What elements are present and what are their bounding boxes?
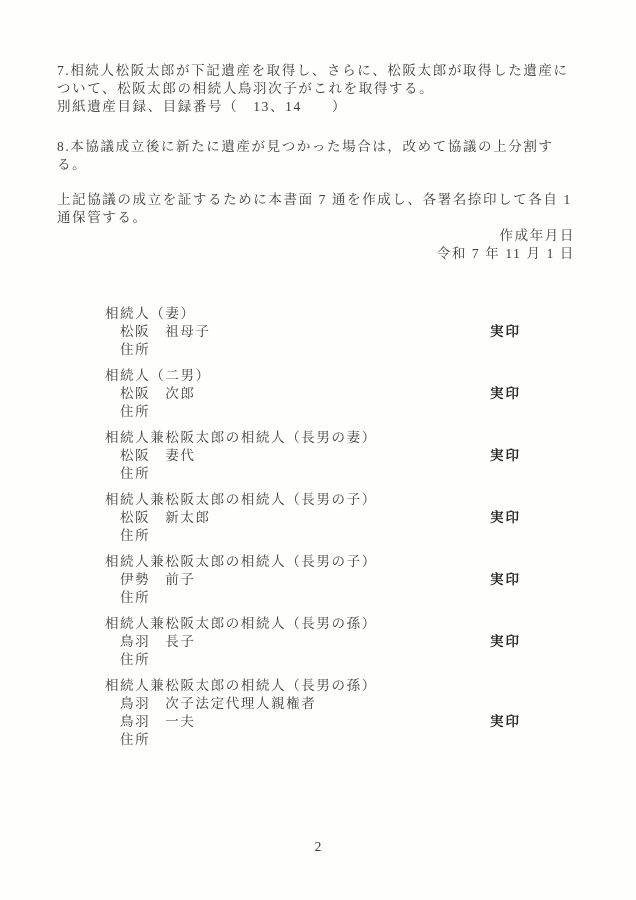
clause-7-line-1: 7.相続人松阪太郎が下記遺産を取得し、さらに、松阪太郎が取得した遺産に [57, 62, 588, 80]
signatory-title: 相続人兼松阪太郎の相続人（長男の子） [105, 553, 575, 571]
seal-label: 実印 [490, 633, 521, 651]
signatory-name-line: 鳥羽 長子 実印 [105, 633, 575, 651]
closing-statement: 上記協議の成立を証するために本書面 7 通を作成し、各署名捺印して各自 1 通保… [57, 191, 588, 227]
signatory-block-1: 相続人（妻） 松阪 祖母子 実印 住所 [105, 305, 575, 359]
seal-label: 実印 [490, 509, 521, 527]
signatory-name-line: 松阪 妻代 実印 [105, 447, 575, 465]
signatory-block-5: 相続人兼松阪太郎の相続人（長男の子） 伊勢 前子 実印 住所 [105, 553, 575, 607]
seal-label: 実印 [490, 571, 521, 589]
signatory-block-4: 相続人兼松阪太郎の相続人（長男の子） 松阪 新太郎 実印 住所 [105, 491, 575, 545]
seal-label: 実印 [490, 323, 521, 341]
clause-7-line-3: 別紙遺産目録、目録番号（ 13、14 ） [57, 98, 588, 116]
clause-7: 7.相続人松阪太郎が下記遺産を取得し、さらに、松阪太郎が取得した遺産に ついて、… [57, 62, 588, 116]
signatory-address-label: 住所 [105, 651, 575, 669]
clause-7-line-2: ついて、松阪太郎の相続人鳥羽次子がこれを取得する。 [57, 80, 588, 98]
signatory-name-line: 松阪 祖母子 実印 [105, 323, 575, 341]
clause-8-line-2: る。 [57, 156, 588, 174]
signatory-name: 鳥羽 一夫 [120, 714, 196, 729]
signatory-name: 松阪 妻代 [120, 448, 196, 463]
closing-line-1: 上記協議の成立を証するために本書面 7 通を作成し、各署名捺印して各自 1 [57, 191, 588, 209]
clause-8-line-1: 8.本協議成立後に新たに遺産が見つかった場合は，改めて協議の上分割す [57, 138, 588, 156]
date-value: 令和 7 年 11 月 1 日 [437, 245, 575, 263]
seal-label: 実印 [490, 713, 521, 731]
seal-label: 実印 [490, 447, 521, 465]
signatory-name-line: 伊勢 前子 実印 [105, 571, 575, 589]
signatory-name-line: 松阪 新太郎 実印 [105, 509, 575, 527]
signatory-address-label: 住所 [105, 589, 575, 607]
signatory-block-6: 相続人兼松阪太郎の相続人（長男の孫） 鳥羽 長子 実印 住所 [105, 615, 575, 669]
signature-section: 相続人（妻） 松阪 祖母子 実印 住所 相続人（二男） 松阪 次郎 実印 住所 … [105, 305, 575, 757]
signatory-address-label: 住所 [105, 341, 575, 359]
closing-line-2: 通保管する。 [57, 209, 588, 227]
signatory-address-label: 住所 [105, 465, 575, 483]
signatory-block-7: 相続人兼松阪太郎の相続人（長男の孫） 鳥羽 次子法定代理人親権者 鳥羽 一夫 実… [105, 677, 575, 749]
clause-8: 8.本協議成立後に新たに遺産が見つかった場合は，改めて協議の上分割す る。 [57, 138, 588, 174]
signatory-name: 鳥羽 長子 [120, 634, 196, 649]
signatory-address-label: 住所 [105, 731, 575, 749]
date-label: 作成年月日 [437, 227, 575, 245]
signatory-title: 相続人兼松阪太郎の相続人（長男の孫） [105, 677, 575, 695]
signatory-address-label: 住所 [105, 527, 575, 545]
signatory-block-3: 相続人兼松阪太郎の相続人（長男の妻） 松阪 妻代 実印 住所 [105, 429, 575, 483]
signatory-name-line: 松阪 次郎 実印 [105, 385, 575, 403]
date-block: 作成年月日 令和 7 年 11 月 1 日 [437, 227, 575, 263]
signatory-legal-rep-line: 鳥羽 次子法定代理人親権者 [105, 695, 575, 713]
signatory-title: 相続人（妻） [105, 305, 575, 323]
signatory-name-line: 鳥羽 一夫 実印 [105, 713, 575, 731]
signatory-title: 相続人兼松阪太郎の相続人（長男の子） [105, 491, 575, 509]
signatory-title: 相続人兼松阪太郎の相続人（長男の孫） [105, 615, 575, 633]
page-number: 2 [0, 838, 636, 856]
signatory-title: 相続人（二男） [105, 367, 575, 385]
document-page: 7.相続人松阪太郎が下記遺産を取得し、さらに、松阪太郎が取得した遺産に ついて、… [0, 0, 636, 900]
signatory-name: 松阪 祖母子 [120, 324, 211, 339]
signatory-name: 松阪 次郎 [120, 386, 196, 401]
signatory-address-label: 住所 [105, 403, 575, 421]
signatory-block-2: 相続人（二男） 松阪 次郎 実印 住所 [105, 367, 575, 421]
signatory-name: 松阪 新太郎 [120, 510, 211, 525]
signatory-name: 伊勢 前子 [120, 572, 196, 587]
signatory-title: 相続人兼松阪太郎の相続人（長男の妻） [105, 429, 575, 447]
seal-label: 実印 [490, 385, 521, 403]
